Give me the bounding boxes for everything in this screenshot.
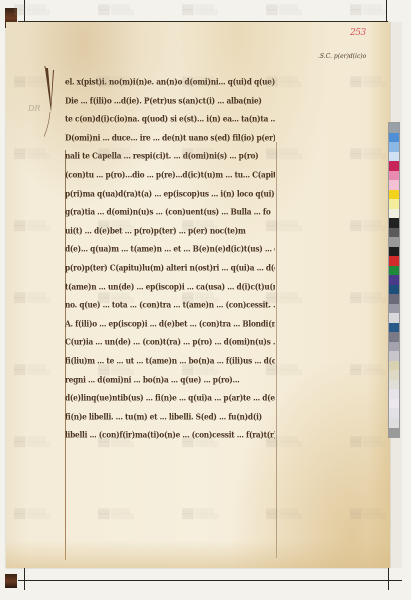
text-line: libelli ... (con)f(ir)ma(ti)o(n)e ... (c… (65, 425, 275, 446)
watermark: ▒▒▒ ░░░░░▒▒▒ ░░░░░░ (182, 6, 218, 16)
color-swatch (389, 123, 399, 133)
watermark: ▒▒▒ ░░░░░▒▒▒ ░░░░░░ (266, 6, 302, 16)
color-swatch (389, 228, 399, 238)
color-swatch (389, 142, 399, 152)
color-swatch (389, 313, 399, 323)
color-swatch (389, 218, 399, 228)
color-swatch (389, 351, 399, 361)
watermark: ▒▒▒ ░░░░░▒▒▒ ░░░░░░ (98, 6, 134, 16)
color-calibration-strip (388, 122, 400, 438)
right-ruling-line (276, 142, 277, 558)
color-swatch (389, 428, 399, 438)
color-swatch (389, 408, 399, 418)
scan-frame-right-bottom-line (388, 568, 389, 590)
running-head: .S.C. p(er)d(ic)o (318, 53, 366, 60)
color-swatch (389, 399, 399, 409)
color-swatch (389, 332, 399, 342)
color-swatch (389, 389, 399, 399)
folio-number: 253 (350, 28, 366, 38)
color-swatch (389, 247, 399, 257)
binding-edge-bottom (5, 574, 17, 588)
color-swatch (389, 294, 399, 304)
color-swatch (389, 266, 399, 276)
color-swatch (389, 180, 399, 190)
color-swatch (389, 418, 399, 428)
color-swatch (389, 199, 399, 209)
color-swatch (389, 342, 399, 352)
scan-frame-left-bottom-line (24, 568, 25, 590)
color-swatch (389, 323, 399, 333)
color-swatch (389, 304, 399, 314)
color-swatch (389, 209, 399, 219)
color-swatch (389, 370, 399, 380)
text-block: el. x(pist)i. no(m)i(n)e. an(n)o d(omi)n… (65, 73, 275, 445)
color-swatch (389, 256, 399, 266)
color-swatch (389, 275, 399, 285)
color-swatch (389, 161, 399, 171)
color-swatch (389, 171, 399, 181)
watermark: ▒▒▒ ░░░░░▒▒▒ ░░░░░░ (350, 6, 386, 16)
decorated-initial-v-icon (44, 66, 56, 146)
color-swatch (389, 133, 399, 143)
color-swatch (389, 237, 399, 247)
color-swatch (389, 190, 399, 200)
color-swatch (389, 380, 399, 390)
watermark: ▒▒▒ ░░░░░▒▒▒ ░░░░░░ (14, 6, 50, 16)
color-swatch (389, 285, 399, 295)
color-swatch (389, 361, 399, 371)
color-swatch (389, 152, 399, 162)
marginal-note: DR (28, 104, 40, 113)
scan-frame-bottom-line (18, 580, 402, 581)
